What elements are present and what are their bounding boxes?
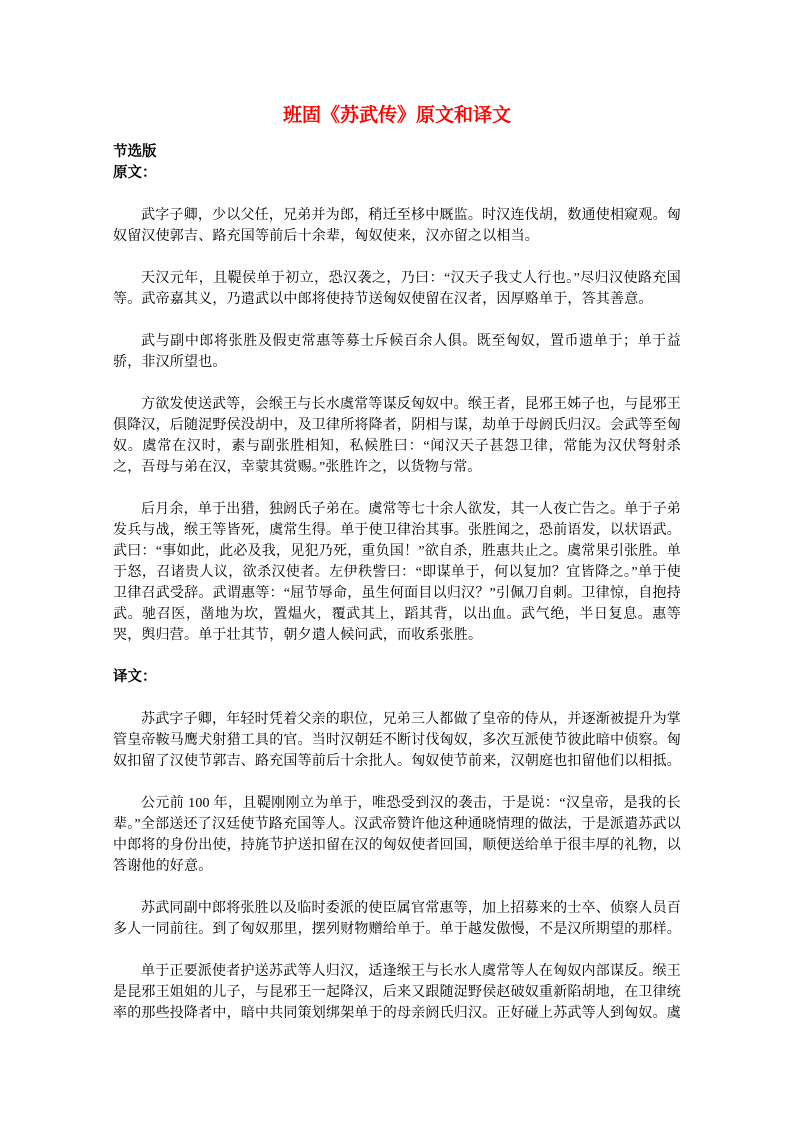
translation-paragraph-4: 单于正要派使者护送苏武等人归汉，适逢缑王与长水人虞常等人在匈奴内部谋反。缑王是昆…	[113, 961, 681, 1024]
original-paragraph-5: 后月余，单于出猎，独阏氏子弟在。虞常等七十余人欲发，其一人夜亡告之。单于子弟发兵…	[113, 499, 681, 646]
original-paragraph-1: 武字子卿，少以父任，兄弟并为郎，稍迁至栘中厩监。时汉连伐胡，数通使相窥观。匈奴留…	[113, 205, 681, 247]
original-paragraph-4: 方欲发使送武等，会缑王与长水虞常等谋反匈奴中。缑王者，昆邪王姊子也，与昆邪王俱降…	[113, 394, 681, 478]
translation-paragraph-3: 苏武同副中郎将张胜以及临时委派的使臣属官常惠等，加上招募来的士卒、侦察人员百多人…	[113, 898, 681, 940]
edition-label: 节选版	[113, 142, 681, 163]
section-heading-translation: 译文：	[113, 667, 681, 688]
translation-paragraph-1: 苏武字子卿，年轻时凭着父亲的职位，兄弟三人都做了皇帝的侍从，并逐渐被提升为掌管皇…	[113, 709, 681, 772]
translation-paragraph-2: 公元前 100 年，且鞮刚刚立为单于，唯恐受到汉的袭击，于是说：“汉皇帝，是我的…	[113, 793, 681, 877]
section-heading-original: 原文：	[113, 163, 681, 184]
document-title: 班固《苏武传》原文和译文	[113, 103, 681, 129]
original-paragraph-2: 天汉元年，且鞮侯单于初立，恐汉袭之，乃曰：“汉天子我丈人行也。”尽归汉使路充国等…	[113, 268, 681, 310]
document-page: 班固《苏武传》原文和译文 节选版 原文： 武字子卿，少以父任，兄弟并为郎，稍迁至…	[0, 0, 794, 1123]
original-paragraph-3: 武与副中郎将张胜及假吏常惠等募士斥候百余人俱。既至匈奴，置币遗单于；单于益骄，非…	[113, 331, 681, 373]
